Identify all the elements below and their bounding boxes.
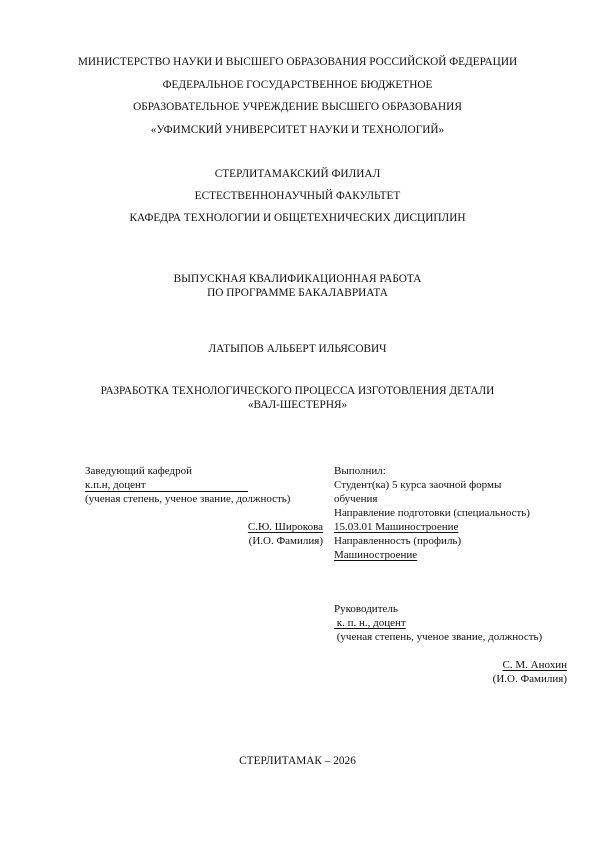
supervisor-name: С. М. Анохин — [334, 659, 567, 672]
head-degree-value: к.п.н, доцент — [85, 480, 248, 492]
branch-name: СТЕРЛИТАМАКСКИЙ ФИЛИАЛ — [0, 168, 595, 181]
head-name: С.Ю. Широкова — [85, 521, 323, 534]
head-degree: к.п.н, доцент — [85, 479, 248, 492]
student-line-1: Студент(ка) 5 курса заочной формы — [334, 479, 501, 492]
work-type-line-2: ПО ПРОГРАММЕ БАКАЛАВРИАТА — [0, 287, 595, 300]
head-degree-caption: (ученая степень, ученое звание, должност… — [85, 493, 290, 506]
institution-type-line: ФЕДЕРАЛЬНОЕ ГОСУДАРСТВЕННОЕ БЮДЖЕТНОЕ — [0, 79, 595, 92]
university-name: «УФИМСКИЙ УНИВЕРСИТЕТ НАУКИ И ТЕХНОЛОГИЙ… — [0, 124, 595, 137]
faculty-name: ЕСТЕСТВЕННОНАУЧНЫЙ ФАКУЛЬТЕТ — [0, 190, 595, 203]
author-name: ЛАТЫПОВ АЛЬБЕРТ ИЛЬЯСОВИЧ — [0, 343, 595, 356]
head-name-value: С.Ю. Широкова — [248, 521, 323, 533]
supervisor-degree-caption: (ученая степень, ученое звание, должност… — [334, 631, 542, 644]
direction-label: Направление подготовки (специальность) — [334, 507, 530, 520]
department-name: КАФЕДРА ТЕХНОЛОГИИ И ОБЩЕТЕХНИЧЕСКИХ ДИС… — [0, 212, 595, 225]
direction-value: 15.03.01 Машиностроение — [334, 521, 458, 534]
thesis-title-line-1: РАЗРАБОТКА ТЕХНОЛОГИЧЕСКОГО ПРОЦЕССА ИЗГ… — [0, 385, 595, 398]
supervisor-label: Руководитель — [334, 603, 398, 616]
ministry-line: МИНИСТЕРСТВО НАУКИ И ВЫСШЕГО ОБРАЗОВАНИЯ… — [0, 56, 595, 69]
performer-label: Выполнил: — [334, 465, 386, 478]
thesis-title-line-2: «ВАЛ-ШЕСТЕРНЯ» — [0, 399, 595, 412]
supervisor-name-caption: (И.О. Фамилия) — [334, 673, 567, 686]
work-type-line-1: ВЫПУСКНАЯ КВАЛИФИКАЦИОННАЯ РАБОТА — [0, 273, 595, 286]
profile-label: Направленность (профиль) — [334, 535, 461, 548]
supervisor-name-value: С. М. Анохин — [503, 659, 567, 671]
city-year: СТЕРЛИТАМАК – 2026 — [0, 755, 595, 768]
supervisor-degree-value: к. п. н., доцент — [334, 617, 406, 629]
profile-value: Машиностроение — [334, 549, 417, 562]
head-of-department-label: Заведующий кафедрой — [85, 465, 192, 478]
student-line-2: обучения — [334, 493, 377, 506]
profile-value-text: Машиностроение — [334, 549, 417, 561]
supervisor-degree: к. п. н., доцент — [334, 617, 406, 630]
head-name-caption: (И.О. Фамилия) — [85, 535, 323, 548]
institution-type-line-2: ОБРАЗОВАТЕЛЬНОЕ УЧРЕЖДЕНИЕ ВЫСШЕГО ОБРАЗ… — [0, 101, 595, 114]
direction-value-text: 15.03.01 Машиностроение — [334, 521, 458, 533]
